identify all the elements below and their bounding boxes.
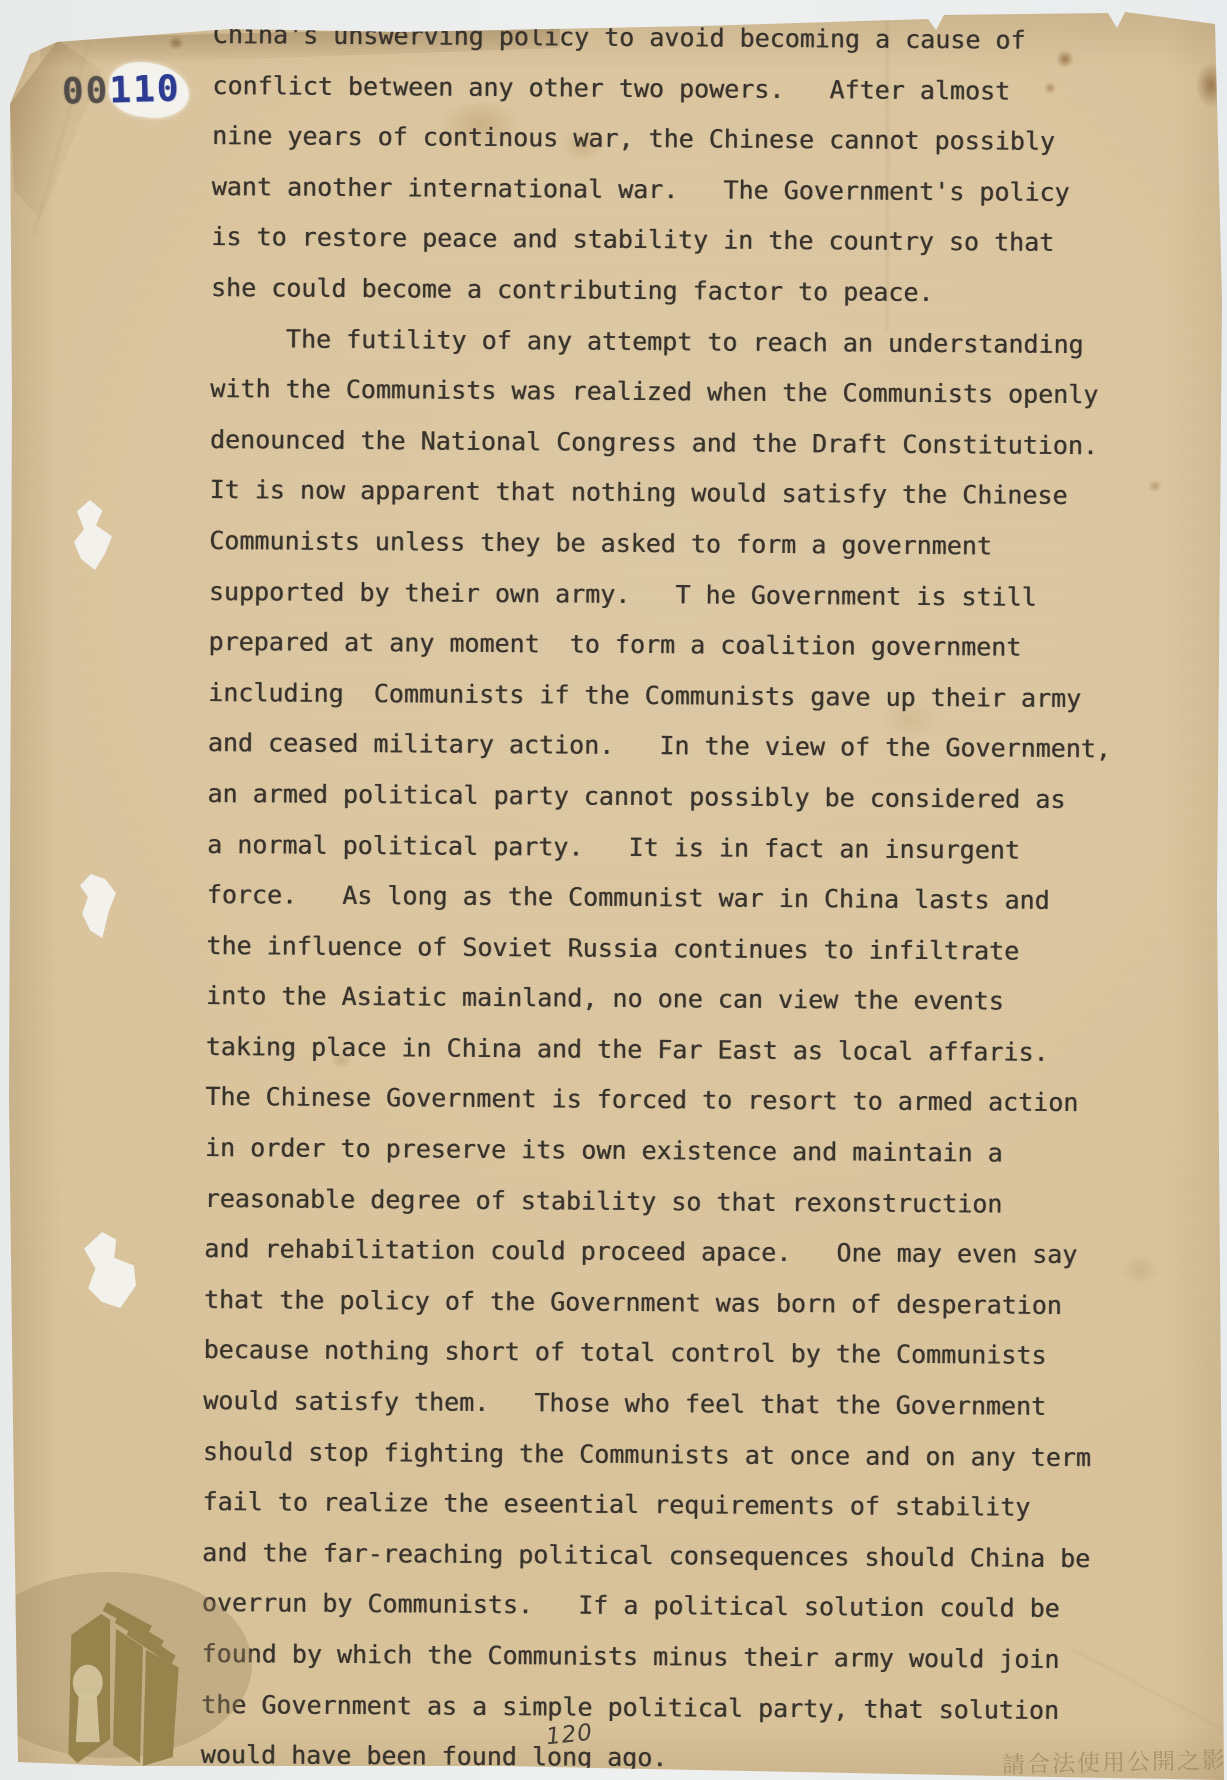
typed-line: It is now apparent that nothing would sa…	[209, 465, 1112, 522]
typed-line: would satisfy them. Those who feel that …	[203, 1376, 1106, 1433]
handwritten-annotation: 120	[545, 1720, 594, 1751]
typed-line: should stop fighting the Communists at o…	[203, 1427, 1106, 1484]
typed-line: the influence of Soviet Russia continues…	[206, 921, 1109, 978]
typed-line: because nothing short of total control b…	[203, 1325, 1106, 1382]
typed-line: force. As long as the Communist war in C…	[207, 870, 1110, 927]
stamp-blue-digits: 110	[109, 68, 181, 111]
typed-line: that the policy of the Government was bo…	[204, 1275, 1107, 1332]
typed-line: overrun by Communists. If a political so…	[202, 1578, 1105, 1635]
typed-line: is to restore peace and stability in the…	[211, 212, 1114, 269]
paper-hole	[80, 874, 116, 938]
typed-line: taking place in China and the Far East a…	[206, 1022, 1109, 1079]
typed-line: The Chinese Government is forced to reso…	[205, 1072, 1108, 1129]
typed-line: China's unswerving policy to avoid becom…	[213, 10, 1116, 67]
typed-line: and ceased military action. In the view …	[208, 718, 1111, 775]
typed-line: The futility of any attempt to reach an …	[211, 314, 1114, 371]
stain	[1196, 62, 1226, 108]
typed-line: nine years of continous war, the Chinese…	[212, 111, 1115, 168]
typed-line: she could become a contributing factor t…	[211, 263, 1114, 320]
typed-line: reasonable degree of stability so that r…	[205, 1174, 1108, 1231]
typed-line: an armed political party cannot possibly…	[207, 769, 1110, 826]
typed-line: supported by their own army. T he Govern…	[209, 567, 1112, 624]
typed-line: into the Asiatic mainland, no one can vi…	[206, 971, 1109, 1028]
typed-line: fail to realize the eseential requiremen…	[202, 1477, 1105, 1534]
stamp-faded-digits: 00	[61, 70, 109, 112]
typed-line: denounced the National Congress and the …	[210, 415, 1113, 472]
document-page: 00110 China's unswerving policy to avoid…	[0, 0, 1227, 1780]
stain	[1148, 480, 1162, 492]
stain	[1120, 1255, 1160, 1285]
typed-line: in order to preserve its own existence a…	[205, 1123, 1108, 1180]
archive-number-stamp: 00110	[61, 68, 180, 112]
typewritten-body: China's unswerving policy to avoid becom…	[201, 10, 1116, 1780]
book-icon	[56, 1596, 206, 1772]
typed-line: want another international war. The Gove…	[212, 162, 1115, 219]
paper-hole	[74, 500, 112, 570]
paper-hole	[84, 1232, 136, 1308]
typed-line: and rehabilitation could proceed apace. …	[204, 1224, 1107, 1281]
typed-line: with the Communists was realized when th…	[210, 364, 1113, 421]
typed-line: would have been found long ago.	[201, 1730, 1104, 1780]
scanned-document: { "document": { "stamp": { "faded_digits…	[0, 0, 1227, 1780]
copyright-watermark-text: 請合法使用公開之影像	[1002, 1741, 1227, 1779]
typed-line: including Communists if the Communists g…	[208, 668, 1111, 725]
typed-line: a normal political party. It is in fact …	[207, 819, 1110, 876]
typed-line: and the far-reaching political consequen…	[202, 1528, 1105, 1585]
typed-line: prepared at any moment to form a coaliti…	[208, 617, 1111, 674]
typed-line: Communists unless they be asked to form …	[209, 516, 1112, 573]
typed-line: the Government as a simple political par…	[201, 1680, 1104, 1737]
typed-line: found by which the Communists minus thei…	[201, 1629, 1104, 1686]
typed-line: conflict between any other two powers. A…	[212, 61, 1115, 118]
